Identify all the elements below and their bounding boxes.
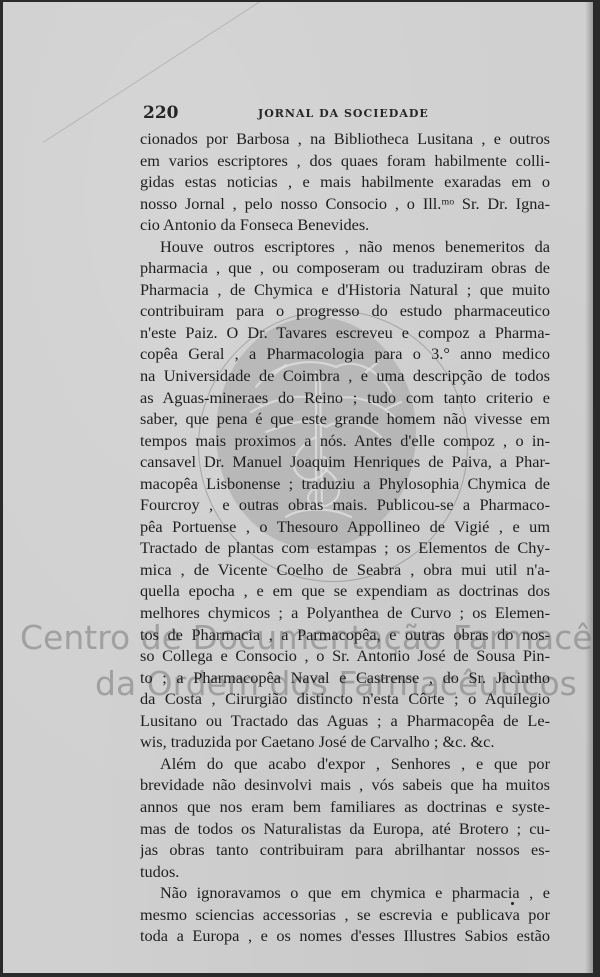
text-line: copêa Geral , a Pharmacologia para o 3.°… xyxy=(140,343,550,365)
page-header: 220 JORNAL DA SOCIEDADE xyxy=(140,103,550,123)
text-line: nosso Jornal , pelo nosso Consocio , o I… xyxy=(140,193,550,215)
text-line: tos de Pharmacia , a Parmacopêa, e outra… xyxy=(140,624,550,646)
text-line: gidas estas noticias , e mais habilmente… xyxy=(140,171,550,193)
text-line: contribuiram para o progresso do estudo … xyxy=(140,300,550,322)
text-line: cionados por Barbosa , na Bibliotheca Lu… xyxy=(140,128,550,150)
text-line: Fourcroy , e outras obras mais. Publicou… xyxy=(140,494,550,516)
text-line: annos que nos eram bem familiares as doc… xyxy=(140,796,550,818)
text-line: brevidade não desinvolvi mais , vós sabe… xyxy=(140,774,550,796)
text-line: Lusitano ou Tractado das Aguas ; a Pharm… xyxy=(140,710,550,732)
text-line: pêa Portuense , o Thesouro Appollineo de… xyxy=(140,516,550,538)
text-line: Tractado de plantas com estampas ; os El… xyxy=(140,537,550,559)
text-line: melhores chymicos ; a Polyanthea de Curv… xyxy=(140,602,550,624)
text-line: wis, traduzida por Caetano José de Carva… xyxy=(140,731,550,753)
text-line: tempos mais proximos a nós. Antes d'elle… xyxy=(140,430,550,452)
book-page: Centro de Documentação Farmacêutica da O… xyxy=(3,2,593,973)
text-line: mica , de Vicente Coelho de Seabra , obr… xyxy=(140,559,550,581)
text-line: cansavel Dr. Manuel Joaquim Henriques de… xyxy=(140,451,550,473)
text-line: Não ignoravamos o que em chymica e pharm… xyxy=(140,882,550,904)
text-line: cio Antonio da Fonseca Benevides. xyxy=(140,214,550,236)
text-line: tudos. xyxy=(140,861,550,883)
text-line: so Collega e Consocio , o Sr. Antonio Jo… xyxy=(140,645,550,667)
text-line: da Costa , Cirurgião distincto n'esta Cô… xyxy=(140,688,550,710)
body-text: cionados por Barbosa , na Bibliotheca Lu… xyxy=(140,128,550,947)
paragraph-4: Não ignoravamos o que em chymica e pharm… xyxy=(140,882,550,947)
text-line: to ; a Pharmacopêa Naval e Castrense , d… xyxy=(140,667,550,689)
text-line: jas obras tanto contribuiram para abrilh… xyxy=(140,839,550,861)
text-line: toda a Europa , e os nomes d'esses Illus… xyxy=(140,925,550,947)
running-head: JORNAL DA SOCIEDADE xyxy=(258,107,429,120)
text-line: quella epocha , e em que se expendiam as… xyxy=(140,580,550,602)
text-line: Pharmacia , de Chymica e d'Historia Natu… xyxy=(140,279,550,301)
paragraph-3: Além do que acabo d'expor , Senhores , e… xyxy=(140,753,550,882)
text-line: mesmo sciencias accessorias , se escrevi… xyxy=(140,904,550,926)
text-line: n'este Paiz. O Dr. Tavares escreveu e co… xyxy=(140,322,550,344)
ink-speck xyxy=(511,902,514,905)
text-line: macopêa Lisbonense ; traduziu a Phylosop… xyxy=(140,473,550,495)
text-line: mas de todos os Naturalistas da Europa, … xyxy=(140,818,550,840)
paragraph-1: cionados por Barbosa , na Bibliotheca Lu… xyxy=(140,128,550,236)
text-line: na Universidade de Coimbra , e uma descr… xyxy=(140,365,550,387)
text-line: saber, que pena é que este grande homem … xyxy=(140,408,550,430)
text-line: as Aguas-mineraes do Reino ; tudo com ta… xyxy=(140,387,550,409)
text-line: pharmacia , que , ou composeram ou tradu… xyxy=(140,257,550,279)
text-line: em varios escriptores , dos quaes foram … xyxy=(140,150,550,172)
paragraph-2: Houve outros escriptores , não menos ben… xyxy=(140,236,550,753)
page-edge-shadow xyxy=(585,2,593,973)
text-line: Além do que acabo d'expor , Senhores , e… xyxy=(140,753,550,775)
page-number: 220 xyxy=(143,103,179,123)
text-line: Houve outros escriptores , não menos ben… xyxy=(140,236,550,258)
